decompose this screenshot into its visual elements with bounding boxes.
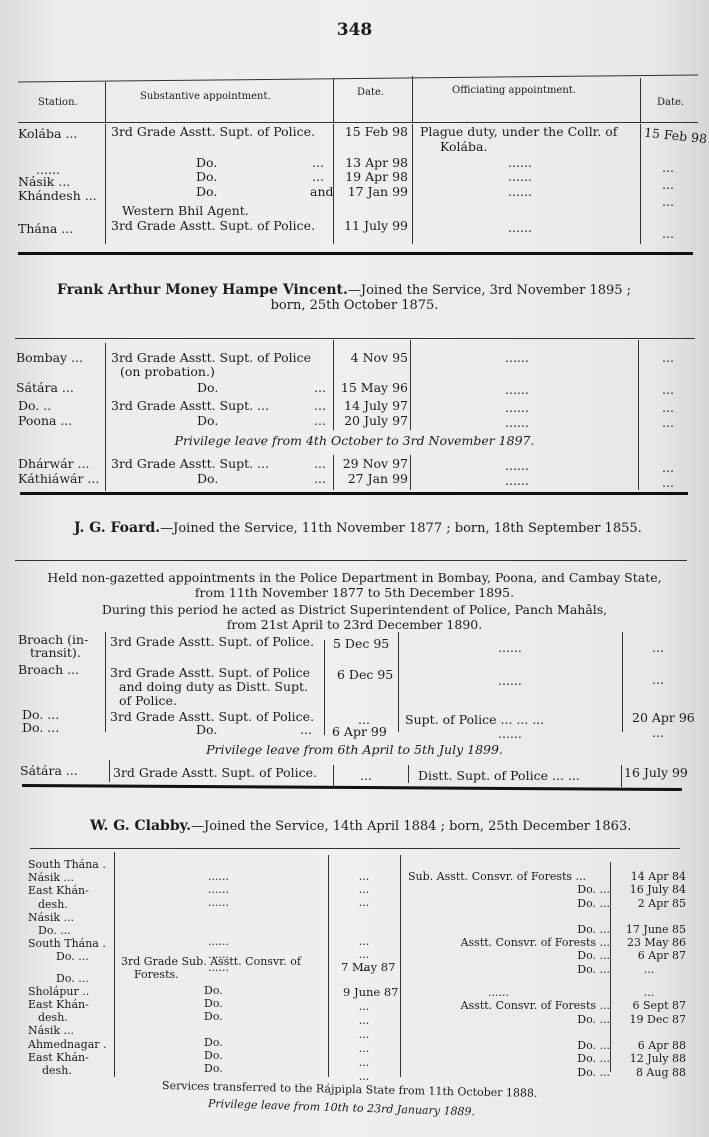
date-cell: ... xyxy=(330,1042,398,1056)
leader-dots: ... xyxy=(314,456,326,471)
col-divider xyxy=(410,455,411,490)
note-line: from 21st April to 23rd December 1890. xyxy=(0,617,709,632)
col-divider xyxy=(333,765,334,787)
station-cell: Káthiáwár ... xyxy=(18,471,99,486)
station-cell: Khándesh ... xyxy=(18,188,97,203)
station-cell: East Khán- xyxy=(28,884,107,897)
table-top-rule xyxy=(30,848,680,849)
header-top-rule xyxy=(18,74,698,82)
date-cell: 7 May 87 xyxy=(341,960,395,975)
officer-bio: W. G. Clabby.—Joined the Service, 14th A… xyxy=(90,818,631,834)
station-cell: Násik ... xyxy=(28,1024,107,1037)
officiating-cell: ...... xyxy=(505,382,529,397)
date-cell: ... xyxy=(330,1056,398,1070)
substantive-cell: 3rd Grade Asstt. Supt. of Police. xyxy=(111,124,315,139)
station-cell: Do. .. xyxy=(18,398,51,413)
date-cell: 9 June 87 xyxy=(343,985,399,1000)
substantive-cell: ...... xyxy=(208,883,229,896)
officer-name: W. G. Clabby. xyxy=(90,818,191,834)
date-cell: 29 Nov 97 xyxy=(336,456,408,471)
station-cell: East Khán- xyxy=(28,1051,107,1064)
officiating-cell: ...... xyxy=(498,726,522,741)
station-cell: Násik ... xyxy=(28,871,107,884)
station-cell: Sátára ... xyxy=(16,380,74,395)
officiating-cell: Do. ... xyxy=(408,1066,610,1079)
date2-cell: 6 Apr 87 xyxy=(612,949,686,962)
officiating-cell: Supt. of Police ... ... ... xyxy=(405,712,544,727)
officiating-cell: Do. ... xyxy=(408,1039,610,1052)
officiating-cell: Sub. Asstt. Consvr. of Forests ... xyxy=(408,870,610,883)
table-top-rule xyxy=(15,338,695,339)
leader-dots: ... xyxy=(300,722,312,737)
station-cell: East Khán- xyxy=(28,998,107,1011)
leave-note: Privilege leave from 6th April to 5th Ju… xyxy=(0,742,709,757)
date-cell: 4 Nov 95 xyxy=(336,350,408,365)
date2-cell: ... xyxy=(652,672,664,687)
date-column: ... ... ... ... ... ... xyxy=(330,870,398,974)
bio-text: —Joined the Service, 14th April 1884 ; b… xyxy=(191,819,631,834)
station-cell: Sátára ... xyxy=(20,763,78,778)
officiating-cell: Asstt. Consvr. of Forests ... xyxy=(408,999,610,1012)
substantive-cell: Do. xyxy=(204,984,223,997)
station-cell: South Thána . xyxy=(28,858,107,871)
leader-word: and xyxy=(310,184,334,199)
note-line: Held non-gazetted appointments in the Po… xyxy=(0,570,709,585)
table-top-rule xyxy=(15,560,687,561)
station-cell: Poona ... xyxy=(18,413,72,428)
officiating-cell: Do. ... xyxy=(408,963,610,976)
note-line: During this period he acted as District … xyxy=(0,602,709,617)
section-divider xyxy=(20,492,688,495)
officiating-cell: Do. ... xyxy=(408,1013,610,1026)
date2-cell: ... xyxy=(662,194,674,209)
station-cell-2: transit). xyxy=(30,645,81,660)
date2-cell: 12 July 88 xyxy=(612,1052,686,1065)
date-cell: ... xyxy=(330,883,398,896)
officiating-cell: ...... xyxy=(498,673,522,688)
date2-column: 14 Apr 84 16 July 84 2 Apr 85 17 June 85… xyxy=(612,870,686,1079)
substantive-cell-3: of Police. xyxy=(119,693,177,708)
date2-cell: 6 Sept 87 xyxy=(612,999,686,1012)
date2-cell: ... xyxy=(662,177,674,192)
date-cell: 15 May 96 xyxy=(336,380,408,395)
officiating-cell: Do. ... xyxy=(408,897,610,910)
substantive-cell: 3rd Grade Asstt. Supt. of Police xyxy=(110,665,310,680)
officiating-cell: ...... xyxy=(508,169,532,184)
date-cell: ... xyxy=(330,1000,398,1014)
section-divider xyxy=(22,784,682,791)
substantive-do-column: Do. Do. Do. Do. Do. Do. xyxy=(204,984,223,1075)
leave-note: Privilege leave from 4th October to 3rd … xyxy=(0,433,709,448)
date-cell: ... xyxy=(330,870,398,883)
officiating-cell: Do. ... xyxy=(408,949,610,962)
officer-bio: J. G. Foard.—Joined the Service, 11th No… xyxy=(74,520,642,536)
col-divider xyxy=(105,343,106,491)
station-cell: Do. ... xyxy=(28,972,107,985)
substantive-cell: Do. xyxy=(204,1010,223,1023)
spacer xyxy=(28,964,107,972)
station-cell: Násik ... xyxy=(28,911,107,924)
col-divider xyxy=(333,340,334,430)
col-divider xyxy=(333,78,334,122)
col-divider xyxy=(622,632,623,732)
col-divider xyxy=(105,82,106,122)
officiating-cell: Kolába. xyxy=(440,139,487,154)
substantive-cell-2: (on probation.) xyxy=(120,364,215,379)
officiating-column: Sub. Asstt. Consvr. of Forests ... Do. .… xyxy=(408,870,610,1079)
officiating-cell: ...... xyxy=(498,640,522,655)
officiating-cell: ...... xyxy=(505,400,529,415)
officer-name: Frank Arthur Money Hampe Vincent. xyxy=(57,282,348,298)
date2-cell: 20 Apr 96 xyxy=(632,710,695,725)
officer-bio: Frank Arthur Money Hampe Vincent.—Joined… xyxy=(57,282,631,298)
date-cell: 17 Jan 99 xyxy=(336,184,408,199)
station-cell: Do. ... xyxy=(28,924,107,937)
officiating-cell: ...... xyxy=(505,458,529,473)
col-divider xyxy=(410,340,411,430)
station-cell: Do. ... xyxy=(28,950,107,963)
col-divider xyxy=(114,852,115,1077)
date2-cell: 6 Apr 88 xyxy=(612,1039,686,1052)
substantive-cell: Do. xyxy=(197,413,218,428)
officer-name: J. G. Foard. xyxy=(74,520,160,536)
bio-text: —Joined the Service, 11th November 1877 … xyxy=(160,521,642,536)
col-divider xyxy=(640,78,641,122)
substantive-cell: Western Bhil Agent. xyxy=(122,203,249,218)
officiating-cell: Do. ... xyxy=(408,883,610,896)
officiating-cell: ...... xyxy=(508,220,532,235)
page-number: 348 xyxy=(0,20,709,40)
date2-cell: 14 Apr 84 xyxy=(612,870,686,883)
document-page: 348 Station. Substantive appointment. Da… xyxy=(0,0,709,1137)
header-substantive: Substantive appointment. xyxy=(140,91,271,102)
substantive-cell: Do. xyxy=(204,1062,223,1075)
substantive-cell: Do. xyxy=(196,184,217,199)
col-divider xyxy=(333,455,334,490)
date-cell: ... xyxy=(330,896,398,909)
station-cell: Kolába ... xyxy=(18,126,77,141)
substantive-cell: 3rd Grade Asstt. Supt. of Police xyxy=(111,350,311,365)
officiating-cell: ...... xyxy=(508,155,532,170)
substantive-cell: 3rd Grade Asstt. Supt. ... xyxy=(111,456,269,471)
substantive-cell: Do. xyxy=(204,1049,223,1062)
substantive-cell-2: and doing duty as Distt. Supt. xyxy=(119,679,308,694)
station-cell: South Thána . xyxy=(28,937,107,950)
station-cell: Thána ... xyxy=(18,221,73,236)
leader-dots: ... xyxy=(314,398,326,413)
station-cell: Broach ... xyxy=(18,662,79,677)
col-divider xyxy=(412,124,413,244)
date2-cell: ... xyxy=(652,725,664,740)
date2-cell: ... xyxy=(662,350,674,365)
substantive-cell: 3rd Grade Asstt. Supt. of Police. xyxy=(113,765,317,780)
date2-cell: 23 May 86 xyxy=(612,936,686,949)
bio-text: —Joined the Service, 3rd November 1895 ; xyxy=(348,283,631,298)
date-cell: 6 Apr 99 xyxy=(332,724,387,739)
col-divider xyxy=(109,760,110,782)
col-divider xyxy=(412,76,413,122)
station-cell: desh. xyxy=(28,1011,107,1024)
substantive-cell: 3rd Grade Asstt. Supt. of Police. xyxy=(110,634,314,649)
date-cell: 5 Dec 95 xyxy=(333,636,389,651)
date2-cell: ... xyxy=(662,382,674,397)
col-divider xyxy=(640,124,641,244)
date-column: ... ... ... ... ... ... xyxy=(330,1000,398,1084)
col-divider xyxy=(621,765,622,787)
bio-text-2: born, 25th October 1875. xyxy=(0,298,709,313)
substantive-cell: Do. xyxy=(196,722,217,737)
date-cell: ... xyxy=(330,935,398,948)
date2-cell: 16 July 99 xyxy=(624,765,688,780)
leader-dots: ... xyxy=(312,155,324,170)
note-line: from 11th November 1877 to 5th December … xyxy=(0,585,709,600)
station-column: South Thána . Násik ... East Khán- desh.… xyxy=(28,858,107,1077)
substantive-cell: ...... xyxy=(208,935,229,948)
substantive-cell: Do. xyxy=(197,471,218,486)
date2-cell: 8 Aug 88 xyxy=(612,1066,686,1079)
header-date-2: Date. xyxy=(657,97,684,108)
header-officiating: Officiating appointment. xyxy=(452,85,576,96)
section-divider xyxy=(18,252,693,255)
substantive-cell: Do. xyxy=(204,997,223,1010)
officiating-cell: Distt. Supt. of Police ... ... xyxy=(418,768,580,783)
officiating-cell: Do. ... xyxy=(408,1052,610,1065)
date-cell: 13 Apr 98 xyxy=(336,155,408,170)
date2-cell: 16 July 84 xyxy=(612,883,686,896)
date-cell: 6 Dec 95 xyxy=(337,667,393,682)
date2-cell: ... xyxy=(652,640,664,655)
date-cell: 11 July 99 xyxy=(336,218,408,233)
station-cell: Násik ... xyxy=(18,174,70,189)
station-cell: Do. ... xyxy=(22,720,59,735)
leader-dots: ... xyxy=(314,380,326,395)
substantive-cell: Do. xyxy=(196,169,217,184)
officiating-cell: Do. ... xyxy=(408,923,610,936)
col-divider xyxy=(400,855,401,1077)
station-cell: Ahmednagar . xyxy=(28,1038,107,1051)
date2-cell: 15 Feb 98 xyxy=(643,125,707,147)
date-cell: ... xyxy=(330,1028,398,1042)
header-station: Station. xyxy=(38,97,78,108)
station-cell: desh. xyxy=(28,1064,107,1077)
substantive-cell-2: Forests. xyxy=(134,967,179,982)
col-divider xyxy=(328,855,329,1077)
officiating-cell: ...... xyxy=(505,473,529,488)
station-cell: desh. xyxy=(28,898,107,911)
officiating-cell: ...... xyxy=(505,415,529,430)
col-divider xyxy=(324,640,325,735)
date2-cell: 17 June 85 xyxy=(612,923,686,936)
col-divider xyxy=(408,765,409,783)
date-cell: 19 Apr 98 xyxy=(336,169,408,184)
date-cell: 27 Jan 99 xyxy=(336,471,408,486)
date2-cell: ... xyxy=(662,475,674,490)
leader-dots: ... xyxy=(314,471,326,486)
date2-cell: 19 Dec 87 xyxy=(612,1013,686,1026)
date-cell: 20 July 97 xyxy=(336,413,408,428)
officiating-cell: ...... xyxy=(408,986,610,999)
date-cell: ... xyxy=(360,768,372,783)
date2-cell: ... xyxy=(662,415,674,430)
date2-cell: ... xyxy=(612,963,686,976)
leave-note: Privilege leave from 10th to 23rd Januar… xyxy=(208,1096,476,1119)
date2-cell: ... xyxy=(662,400,674,415)
date2-cell: ... xyxy=(612,986,686,999)
substantive-cell: Do. xyxy=(197,380,218,395)
substantive-cell: ...... xyxy=(208,896,229,909)
substantive-cell: Do. xyxy=(204,1036,223,1049)
header-bottom-rule xyxy=(18,122,698,123)
col-divider xyxy=(398,632,399,732)
station-cell: Dhárwár ... xyxy=(18,456,90,471)
col-divider xyxy=(610,862,611,1072)
officiating-cell: ...... xyxy=(505,350,529,365)
substantive-cell: 3rd Grade Asstt. Supt. ... xyxy=(111,398,269,413)
col-divider xyxy=(105,124,106,244)
station-cell: Sholápur .. xyxy=(28,985,107,998)
date-cell: ... xyxy=(330,1014,398,1028)
date-cell: 15 Feb 98 xyxy=(336,124,408,139)
substantive-cell: Do. xyxy=(196,155,217,170)
col-divider xyxy=(638,340,639,490)
header-date: Date. xyxy=(357,87,384,98)
date2-cell: ... xyxy=(662,460,674,475)
officiating-cell: ...... xyxy=(508,184,532,199)
station-cell: Bombay ... xyxy=(16,350,83,365)
substantive-cell: ...... xyxy=(208,870,229,883)
officiating-cell: Asstt. Consvr. of Forests ... xyxy=(408,936,610,949)
officiating-cell: Plague duty, under the Collr. of xyxy=(420,124,617,139)
substantive-cell: 3rd Grade Asstt. Supt. of Police. xyxy=(111,218,315,233)
date2-cell: ... xyxy=(662,160,674,175)
date2-cell: 2 Apr 85 xyxy=(612,897,686,910)
col-divider xyxy=(105,632,106,732)
leader-dots: ... xyxy=(314,413,326,428)
date2-cell: ... xyxy=(662,226,674,241)
date-cell: 14 July 97 xyxy=(336,398,408,413)
leader-dots: ... xyxy=(312,169,324,184)
